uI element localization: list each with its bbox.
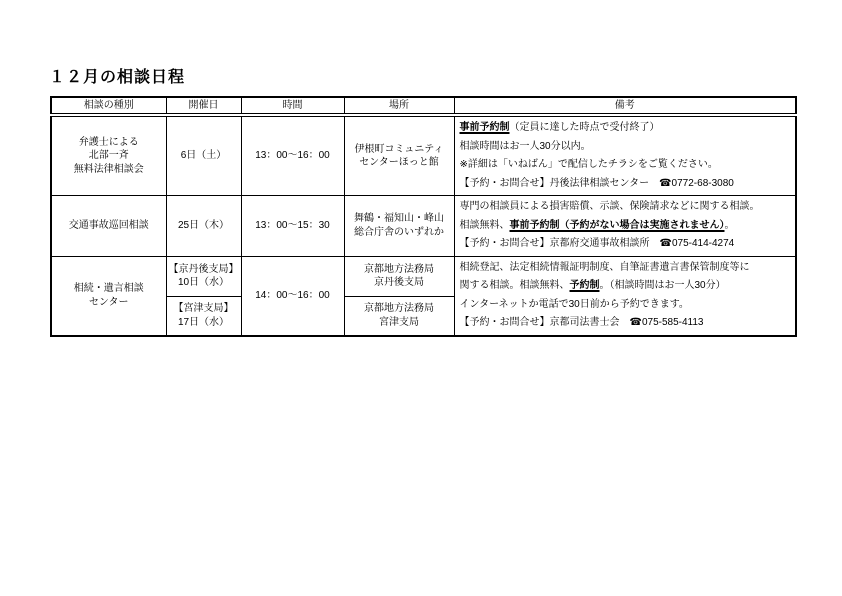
cell-line: 京都地方法務局 bbox=[345, 302, 454, 316]
remark-text: インターネットか電話で30日前から予約できます。 bbox=[460, 299, 689, 310]
date-cell: 6日（土） bbox=[166, 115, 241, 196]
place-cell-miyazu: 京都地方法務局宮津支局 bbox=[344, 297, 454, 336]
cell-line: 無料法律相談会 bbox=[52, 163, 166, 177]
place-cell: 舞鶴・福知山・峰山総合庁舎のいずれか bbox=[344, 196, 454, 257]
remark-line: 相談無料、事前予約制（予約がない場合は実施されません）。 bbox=[460, 217, 791, 236]
remarks-cell: 相続登記、法定相続情報証明制度、自筆証書遺言書保管制度等に関する相談。相談無料、… bbox=[454, 256, 796, 336]
table-row-traffic-accident-consultation: 交通事故巡回相談 25日（木） 13：00～15：30 舞鶴・福知山・峰山総合庁… bbox=[51, 196, 796, 257]
header-time: 時間 bbox=[241, 97, 344, 115]
table-row-lawyer-free-legal-consultation: 弁護士による北部一斉無料法律相談会 6日（土） 13：00～16：00 伊根町コ… bbox=[51, 115, 796, 196]
consultation-schedule-table: 相談の種別 開催日 時間 場所 備考 弁護士による北部一斉無料法律相談会 6日（… bbox=[50, 96, 797, 337]
remarks-cell: 専門の相談員による損害賠償、示談、保険請求などに関する相談。相談無料、事前予約制… bbox=[454, 196, 796, 257]
remark-text: 相談無料、 bbox=[460, 220, 510, 231]
cell-line: 【宮津支局】 bbox=[167, 302, 241, 316]
cell-line: 【京丹後支局】 bbox=[167, 263, 241, 277]
cell-line: 6日（土） bbox=[167, 149, 241, 163]
consultation-type-cell: 弁護士による北部一斉無料法律相談会 bbox=[51, 115, 166, 196]
cell-line: 北部一斉 bbox=[52, 149, 166, 163]
remark-emphasis-text: 事前予約制 bbox=[460, 122, 510, 133]
document-page: １２月の相談日程 相談の種別 開催日 時間 場所 備考 弁護士による北部一斉無料… bbox=[0, 0, 842, 596]
remark-line: 専門の相談員による損害賠償、示談、保険請求などに関する相談。 bbox=[460, 198, 791, 217]
cell-line: センター bbox=[52, 296, 166, 310]
remark-text: 【予約・お問合せ】京都府交通事故相談所 ☎075-414-4274 bbox=[460, 238, 735, 249]
time-cell: 13：00～16：00 bbox=[241, 115, 344, 196]
remark-text: 相続登記、法定相続情報証明制度、自筆証書遺言書保管制度等に bbox=[460, 262, 750, 273]
remark-line: 【予約・お問合せ】京都府交通事故相談所 ☎075-414-4274 bbox=[460, 235, 791, 254]
page-title: １２月の相談日程 bbox=[49, 64, 185, 87]
remark-text: 【予約・お問合せ】丹後法律相談センター ☎0772-68-3080 bbox=[460, 178, 734, 189]
cell-line: 総合庁舎のいずれか bbox=[345, 226, 454, 240]
cell-line: 交通事故巡回相談 bbox=[52, 219, 166, 233]
remark-text: 。（相談時間はお一人30分） bbox=[600, 280, 726, 291]
remarks-cell: 事前予約制（定員に達した時点で受付終了）相談時間はお一人30分以内。※詳細は「い… bbox=[454, 115, 796, 196]
remark-line: インターネットか電話で30日前から予約できます。 bbox=[460, 296, 791, 315]
remark-text: 相談時間はお一人30分以内。 bbox=[460, 141, 591, 152]
table-header-row: 相談の種別 開催日 時間 場所 備考 bbox=[51, 97, 796, 115]
table-row-inheritance-will-consultation-kyotango: 相続・遺言相談センター 【京丹後支局】10日（水） 14：00～16：00 京都… bbox=[51, 256, 796, 297]
cell-line: センターほっと館 bbox=[345, 156, 454, 170]
header-consultation-type: 相談の種別 bbox=[51, 97, 166, 115]
header-remarks: 備考 bbox=[454, 97, 796, 115]
remark-text: 【予約・お問合せ】京都司法書士会 ☎075-585-4113 bbox=[460, 317, 704, 328]
remark-text: 関する相談。相談無料、 bbox=[460, 280, 570, 291]
cell-line: 17日（水） bbox=[167, 316, 241, 330]
cell-line: 京都地方法務局 bbox=[345, 263, 454, 277]
cell-line: 宮津支局 bbox=[345, 316, 454, 330]
time-cell: 14：00～16：00 bbox=[241, 256, 344, 336]
remark-line: 関する相談。相談無料、予約制。（相談時間はお一人30分） bbox=[460, 277, 791, 296]
remark-text: （定員に達した時点で受付終了） bbox=[510, 122, 660, 133]
remark-line: ※詳細は「いねばん」で配信したチラシをご覧ください。 bbox=[460, 156, 791, 175]
cell-line: 弁護士による bbox=[52, 136, 166, 150]
cell-line: 伊根町コミュニティ bbox=[345, 143, 454, 157]
time-cell: 13：00～15：30 bbox=[241, 196, 344, 257]
header-place: 場所 bbox=[344, 97, 454, 115]
remark-line: 【予約・お問合せ】丹後法律相談センター ☎0772-68-3080 bbox=[460, 175, 791, 194]
cell-line: 25日（木） bbox=[167, 219, 241, 233]
cell-line: 10日（水） bbox=[167, 276, 241, 290]
remark-emphasis-text: 事前予約制（予約がない場合は実施されません） bbox=[510, 220, 725, 231]
remark-line: 事前予約制（定員に達した時点で受付終了） bbox=[460, 119, 791, 138]
cell-line: 京丹後支局 bbox=[345, 276, 454, 290]
date-cell: 25日（木） bbox=[166, 196, 241, 257]
place-cell-kyotango: 京都地方法務局京丹後支局 bbox=[344, 256, 454, 297]
consultation-type-cell: 相続・遺言相談センター bbox=[51, 256, 166, 336]
header-date: 開催日 bbox=[166, 97, 241, 115]
remark-line: 【予約・お問合せ】京都司法書士会 ☎075-585-4113 bbox=[460, 314, 791, 333]
place-cell: 伊根町コミュニティセンターほっと館 bbox=[344, 115, 454, 196]
remark-text: 専門の相談員による損害賠償、示談、保険請求などに関する相談。 bbox=[460, 201, 760, 212]
consultation-type-cell: 交通事故巡回相談 bbox=[51, 196, 166, 257]
remark-line: 相続登記、法定相続情報証明制度、自筆証書遺言書保管制度等に bbox=[460, 259, 791, 278]
remark-emphasis-text: 予約制 bbox=[570, 280, 600, 291]
date-cell-kyotango: 【京丹後支局】10日（水） bbox=[166, 256, 241, 297]
cell-line: 舞鶴・福知山・峰山 bbox=[345, 212, 454, 226]
remark-text: ※詳細は「いねばん」で配信したチラシをご覧ください。 bbox=[460, 159, 718, 170]
remark-line: 相談時間はお一人30分以内。 bbox=[460, 138, 791, 157]
cell-line: 相続・遺言相談 bbox=[52, 282, 166, 296]
date-cell-miyazu: 【宮津支局】17日（水） bbox=[166, 297, 241, 336]
remark-text: 。 bbox=[725, 220, 735, 231]
